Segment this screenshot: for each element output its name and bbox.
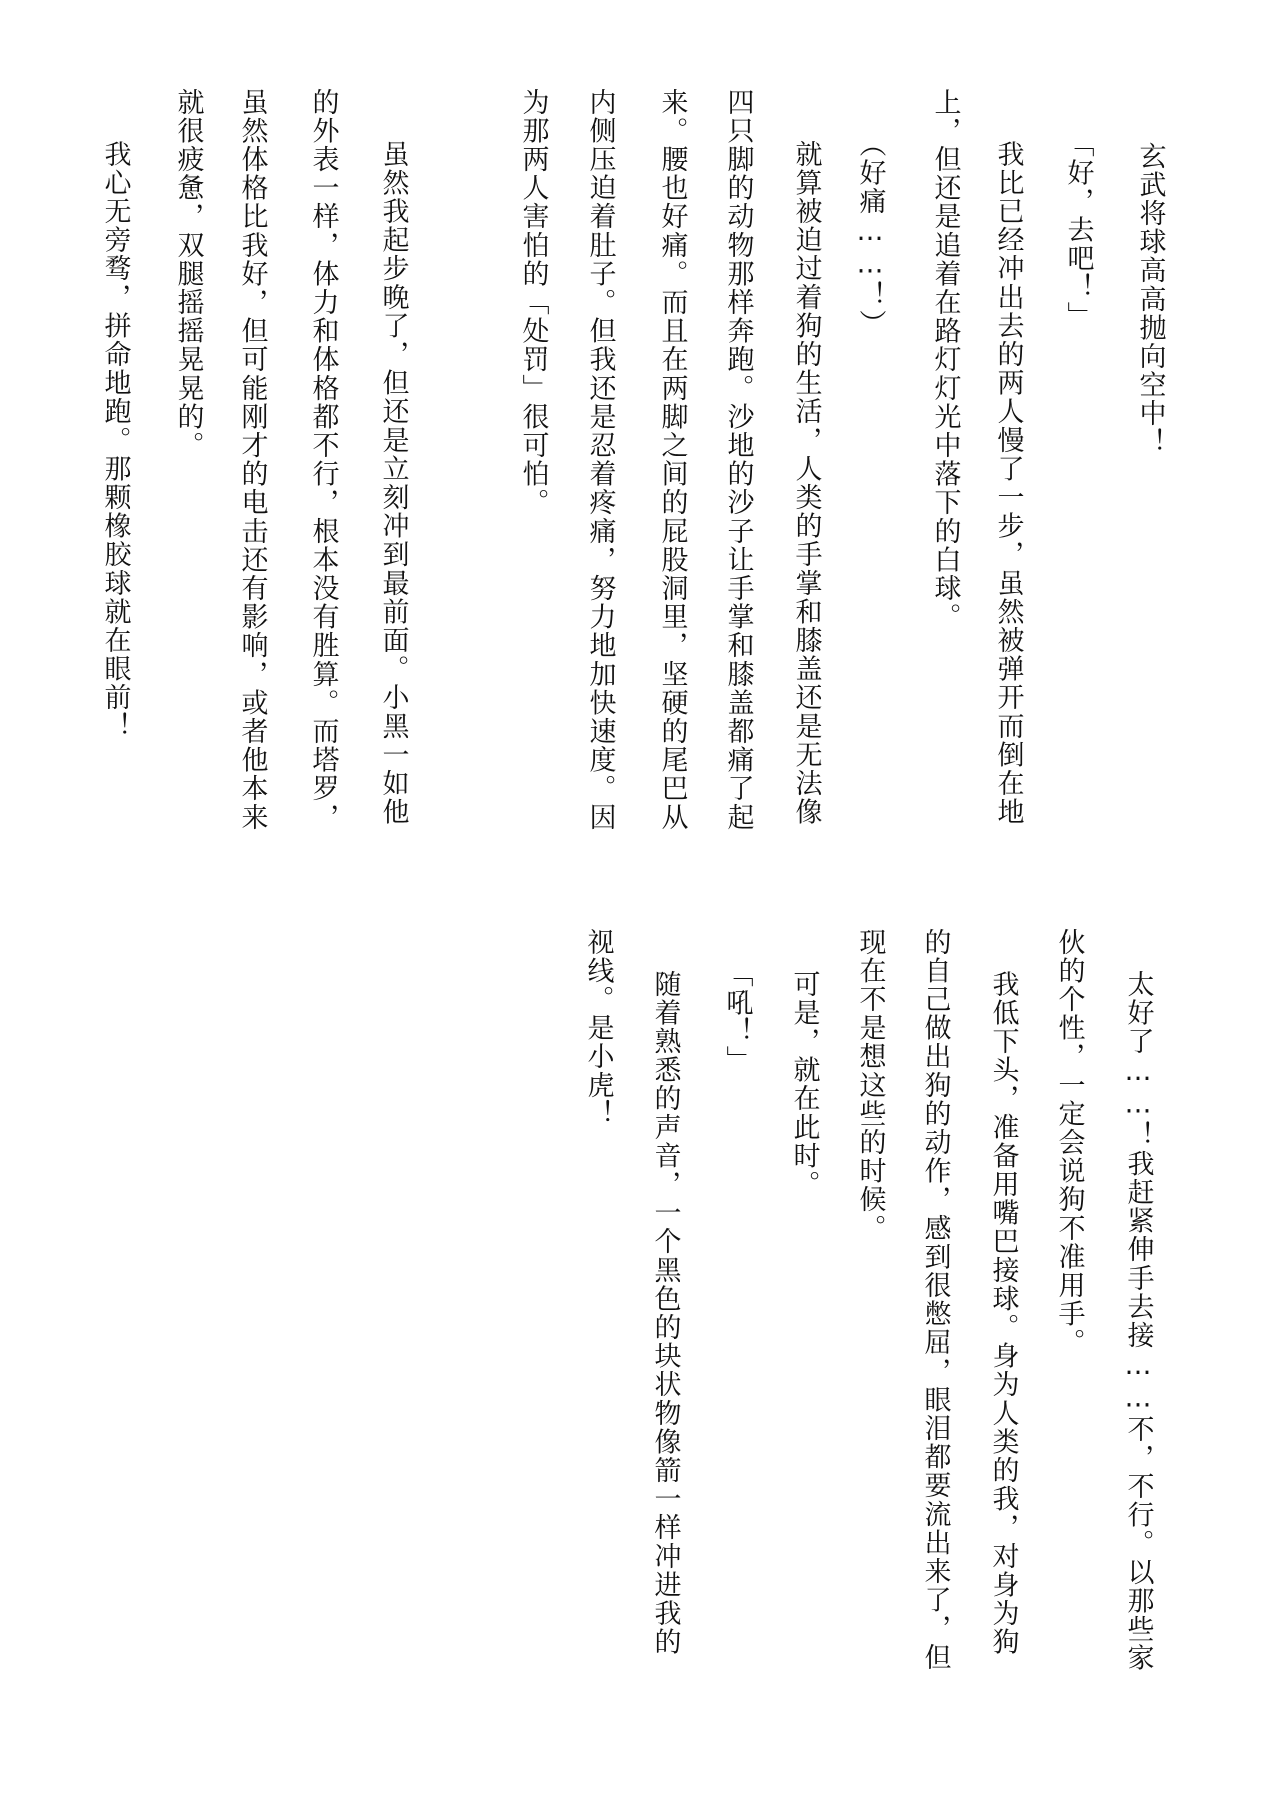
text-column: 的自己做出狗的动作，感到很憋屈，眼泪都要流出来了，但 bbox=[922, 928, 949, 1672]
text-column: 玄武将球高高抛向空中！ bbox=[1137, 142, 1164, 457]
text-column: 就算被迫过着狗的生活，人类的手掌和膝盖还是无法像 bbox=[793, 140, 820, 826]
dialogue-column: 「吼！」 bbox=[724, 960, 751, 1074]
text-column: 随着熟悉的声音，一个黑色的块状物像箭一样冲进我的 bbox=[652, 970, 679, 1656]
text-column: 上，但还是追着在路灯灯光中落下的白球。 bbox=[932, 88, 959, 631]
text-column: 我比已经冲出去的两人慢了一步，虽然被弹开而倒在地 bbox=[995, 140, 1022, 826]
text-column: 我心无旁骛，拼命地跑。那颗橡胶球就在眼前！ bbox=[102, 140, 129, 741]
text-column: 太好了……！我赶紧伸手去接……不，不行。以那些家 bbox=[1125, 970, 1152, 1672]
text-column: 我低下头，准备用嘴巴接球。身为人类的我，对身为狗 bbox=[990, 970, 1017, 1656]
text-column: 可是，就在此时。 bbox=[791, 970, 818, 1199]
text-column: 四只脚的动物那样奔跑。沙地的沙子让手掌和膝盖都痛了起 bbox=[725, 88, 752, 832]
text-column: 视线。是小虎！ bbox=[585, 928, 612, 1128]
text-column: 为那两人害怕的「处罚」很可怕。 bbox=[520, 88, 547, 517]
text-column: 虽然我起步晚了，但还是立刻冲到最前面。小黑一如他 bbox=[380, 140, 407, 826]
text-column: 来。腰也好痛。而且在两脚之间的屁股洞里，坚硬的尾巴从 bbox=[659, 88, 686, 832]
novel-page: 玄武将球高高抛向空中！ 「好，去吧！」 我比已经冲出去的两人慢了一步，虽然被弹开… bbox=[0, 0, 1280, 1810]
text-column: 伙的个性，一定会说狗不准用手。 bbox=[1056, 928, 1083, 1357]
text-column: 就很疲惫，双腿摇摇晃晃的。 bbox=[175, 88, 202, 460]
text-column: 的外表一样，体力和体格都不行，根本没有胜算。而塔罗， bbox=[310, 88, 337, 832]
text-column: 虽然体格比我好，但可能刚才的电击还有影响，或者他本来 bbox=[239, 88, 266, 832]
thought-column: （好痛……！） bbox=[857, 130, 884, 338]
text-column: 内侧压迫着肚子。但我还是忍着疼痛，努力地加快速度。因 bbox=[587, 88, 614, 832]
text-column: 现在不是想这些的时候。 bbox=[857, 928, 884, 1243]
dialogue-column: 「好，去吧！」 bbox=[1065, 130, 1092, 330]
